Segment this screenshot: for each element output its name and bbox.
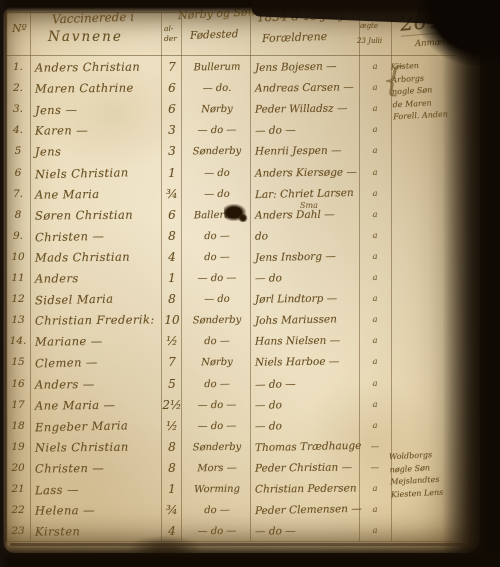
remark-block: Woldborgsnøgle SønMejslandtesKiesten Len… (389, 449, 444, 502)
row-number: 10 (8, 247, 28, 268)
header-age-line2: der (164, 34, 177, 43)
row-number: 8 (8, 205, 28, 226)
birthplace: Bullerum (186, 57, 248, 79)
child-name: Lass — (35, 478, 159, 502)
row-number: 6 (8, 163, 28, 184)
birthplace: — do. (186, 78, 248, 100)
parent-name: — do — (255, 521, 359, 543)
header-age-line1: al- (164, 24, 173, 33)
genuine-mark: a (361, 247, 389, 268)
birthplace: do — (186, 225, 248, 247)
row-number: 21 (8, 479, 28, 500)
table-row: 22Helena —¾do —Peder Clemensen —a (0, 500, 500, 521)
child-name: Anders (35, 267, 159, 289)
ink-blot-small (238, 214, 248, 222)
birthplace: Sønderby (186, 141, 248, 163)
child-name: Helena — (35, 499, 159, 521)
child-name: Mads Christian (35, 246, 159, 268)
age-value: 3 (161, 120, 183, 141)
table-row: 8Søren Christian6BallerumAnders Dahl —a (0, 205, 500, 226)
birthplace: — do (186, 289, 248, 311)
age-value: 10 (161, 310, 183, 331)
genuine-mark: — (361, 437, 389, 458)
register-scan-photo: Nº Vaccinerede i Nørby og Søn: 1834 d 15… (0, 0, 500, 567)
parent-name: Peder Christian — (255, 457, 359, 479)
genuine-mark: a (361, 289, 389, 310)
age-value: 2½ (161, 395, 183, 416)
child-name: Anders Christian (35, 56, 159, 78)
genuine-mark: a (361, 374, 389, 395)
table-row: 4.Karen —3— do —— do —a (0, 120, 500, 141)
row-number: 11 (8, 268, 28, 289)
genuine-mark: a (361, 395, 389, 416)
table-row: 15Clemen —7NørbyNiels Harboe —a (0, 352, 500, 373)
table-row: 5Jens3SønderbyHenrii Jespen —a (0, 141, 500, 162)
parent-name: — do (255, 267, 359, 289)
row-number: 15 (8, 352, 28, 373)
child-name: Jens — (35, 98, 159, 122)
parent-name: Thomas Trædhauge (255, 436, 359, 459)
birthplace: Nørby (186, 99, 248, 121)
birthplace: — do — (186, 120, 248, 142)
header-mark-line2: ægte (360, 22, 378, 30)
parent-name: Anders Dahl — (255, 204, 359, 226)
birthplace: Mors — (186, 457, 248, 479)
child-name: Clemen — (35, 351, 159, 375)
birthplace: — do — (186, 415, 248, 437)
child-name: Niels Christian (35, 161, 159, 185)
child-name: Christian Frederik: (35, 310, 159, 332)
age-value: 3 (161, 141, 183, 162)
genuine-mark: a (361, 163, 389, 184)
parent-name: — do — (255, 119, 359, 142)
header-place: Fødested (190, 28, 239, 42)
row-number: 18 (8, 416, 28, 437)
parent-name: Peder Willadsz — (255, 99, 359, 121)
parent-name: do (255, 225, 359, 247)
parent-name: — do (255, 415, 359, 437)
age-value: 8 (161, 437, 183, 458)
row-number: 9. (8, 226, 28, 247)
parent-name: — do — (255, 372, 359, 395)
parent-name: Anders Kiersøge — (255, 162, 359, 184)
genuine-mark: a (361, 141, 389, 162)
age-value: 6 (161, 205, 183, 226)
row-number: 7. (8, 184, 28, 205)
age-value: 8 (161, 458, 183, 479)
child-name: Engeber Maria (35, 414, 159, 438)
genuine-mark: a (361, 310, 389, 331)
table-row: 23Kirsten4— do —— do —a (0, 521, 500, 542)
table-row: 18Engeber Maria½— do —— doa (0, 416, 500, 437)
age-value: ¾ (161, 500, 183, 521)
child-name: Christen — (35, 457, 159, 479)
birthplace: Worming (186, 479, 248, 501)
row-number: 19 (8, 437, 28, 458)
child-name: Ane Maria — (35, 394, 159, 416)
row-number: 14. (8, 331, 28, 352)
genuine-mark: a (361, 331, 389, 352)
table-row: 16Anders —5do —— do —a (0, 374, 500, 395)
photo-frame-left (0, 0, 8, 567)
age-value: ½ (161, 331, 183, 352)
genuine-mark: a (361, 184, 389, 205)
age-value: 4 (161, 247, 183, 268)
birthplace: — do — (186, 394, 248, 416)
parent-name: Johs Mariussen (255, 309, 359, 332)
parent-name: Hans Nielsen — (255, 331, 359, 353)
age-value: 6 (161, 78, 183, 99)
table-row: 10Mads Christian4do —Jens Insborg —a (0, 247, 500, 268)
age-value: 7 (161, 352, 183, 373)
genuine-mark: a (361, 226, 389, 247)
table-row: 7.Ane Maria¾— doLar: Chriet LarsenSmaa (0, 184, 500, 205)
table-row: 6Niels Christian1— doAnders Kiersøge —a (0, 163, 500, 184)
age-value: 6 (161, 99, 183, 120)
row-number: 12 (8, 289, 28, 310)
genuine-mark: a (361, 268, 389, 289)
age-value: ½ (161, 416, 183, 437)
table-row: 14.Mariane —½do —Hans Nielsen —a (0, 331, 500, 352)
row-number: 17 (8, 395, 28, 416)
parent-name: Henrii Jespen — (255, 141, 359, 163)
age-value: 7 (161, 57, 183, 78)
parent-name: Andreas Carsen — (255, 77, 359, 99)
table-row: 12Sidsel Maria8— doJørl Lindtorp —a (0, 289, 500, 310)
age-value: 8 (161, 289, 183, 310)
genuine-mark: a (361, 99, 389, 120)
row-number: 23 (8, 521, 28, 542)
birthplace: Nørby (186, 352, 248, 374)
birthplace: do — (186, 500, 248, 522)
header-mark-line3: 23 Julii (357, 37, 382, 45)
age-value: 1 (161, 268, 183, 289)
parent-name: Niels Harboe — (255, 352, 359, 374)
row-number: 16 (8, 374, 28, 395)
row-number: 20 (8, 458, 28, 479)
parent-name: Jørl Lindtorp — (255, 288, 359, 310)
row-number: 3. (8, 99, 28, 120)
child-name: Ane Maria (35, 183, 159, 205)
birthplace: Sønderby (186, 436, 248, 458)
row-number: 5 (8, 141, 28, 162)
genuine-mark: a (361, 500, 389, 521)
child-name: Maren Cathrine (35, 77, 159, 99)
age-value: 1 (161, 163, 183, 184)
child-name: Niels Christian (35, 436, 159, 458)
age-value: 1 (161, 479, 183, 500)
row-number: 4. (8, 120, 28, 141)
age-value: 5 (161, 374, 183, 395)
photo-frame-right (442, 0, 500, 567)
row-number: 2. (8, 78, 28, 99)
birthplace: Sønderby (186, 310, 248, 332)
parent-name: Christian Pedersen (255, 478, 359, 500)
birthplace: — do — (186, 268, 248, 290)
table-row: 9.Christen —8do —doa (0, 226, 500, 247)
child-name: Sidsel Maria (35, 288, 159, 312)
header-parents: Forældrene (262, 30, 328, 45)
genuine-mark: a (361, 120, 389, 141)
row-number: 13 (8, 310, 28, 331)
child-name: Anders — (35, 373, 159, 395)
table-row: 13Christian Frederik:10SønderbyJohs Mari… (0, 310, 500, 331)
row-number: 1. (8, 57, 28, 78)
age-value: ¾ (161, 184, 183, 205)
parent-name: Jens Bojesen — (255, 56, 359, 79)
genuine-mark: a (361, 521, 389, 542)
photo-frame-corner (417, 0, 500, 65)
birthplace: do — (186, 246, 248, 268)
row-number: 22 (8, 500, 28, 521)
genuine-mark: — (361, 458, 389, 479)
birthplace: do — (186, 373, 248, 395)
genuine-mark: a (361, 479, 389, 500)
birthplace: — do (186, 162, 248, 184)
child-name: Christen — (35, 224, 159, 248)
child-name: Mariane — (35, 331, 159, 353)
child-name: Søren Christian (35, 204, 159, 226)
genuine-mark: a (361, 352, 389, 373)
table-row: 17Ane Maria —2½— do —— doa (0, 395, 500, 416)
header-names: Navnene (48, 29, 123, 45)
genuine-mark: a (361, 205, 389, 226)
genuine-mark: a (361, 416, 389, 437)
parent-name: Jens Insborg — (255, 246, 359, 269)
birthplace: do — (186, 331, 248, 353)
parent-name: Peder Clemensen — (255, 499, 359, 522)
remark-block: KiistenArborgsnogle Sønde MarenForell. A… (390, 59, 448, 124)
table-row: 11Anders1— do —— doa (0, 268, 500, 289)
birthplace: — do (186, 183, 248, 205)
child-name: Karen — (35, 120, 159, 142)
parent-name: — do (255, 394, 359, 416)
header-no: Nº (12, 22, 27, 35)
age-value: 8 (161, 226, 183, 247)
photo-frame-bottom (0, 545, 500, 567)
child-name: Jens (35, 141, 159, 163)
